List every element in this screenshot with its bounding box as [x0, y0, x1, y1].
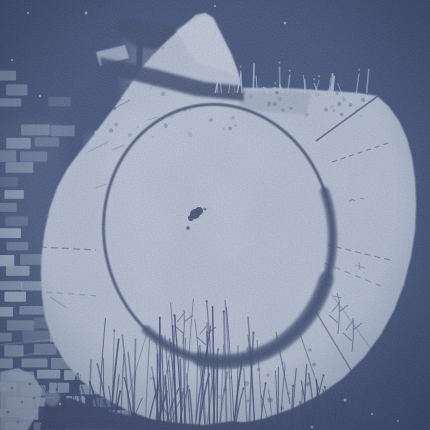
- artwork-frame: [0, 0, 430, 430]
- vignette: [0, 0, 430, 430]
- album-cover-photo: [0, 0, 430, 430]
